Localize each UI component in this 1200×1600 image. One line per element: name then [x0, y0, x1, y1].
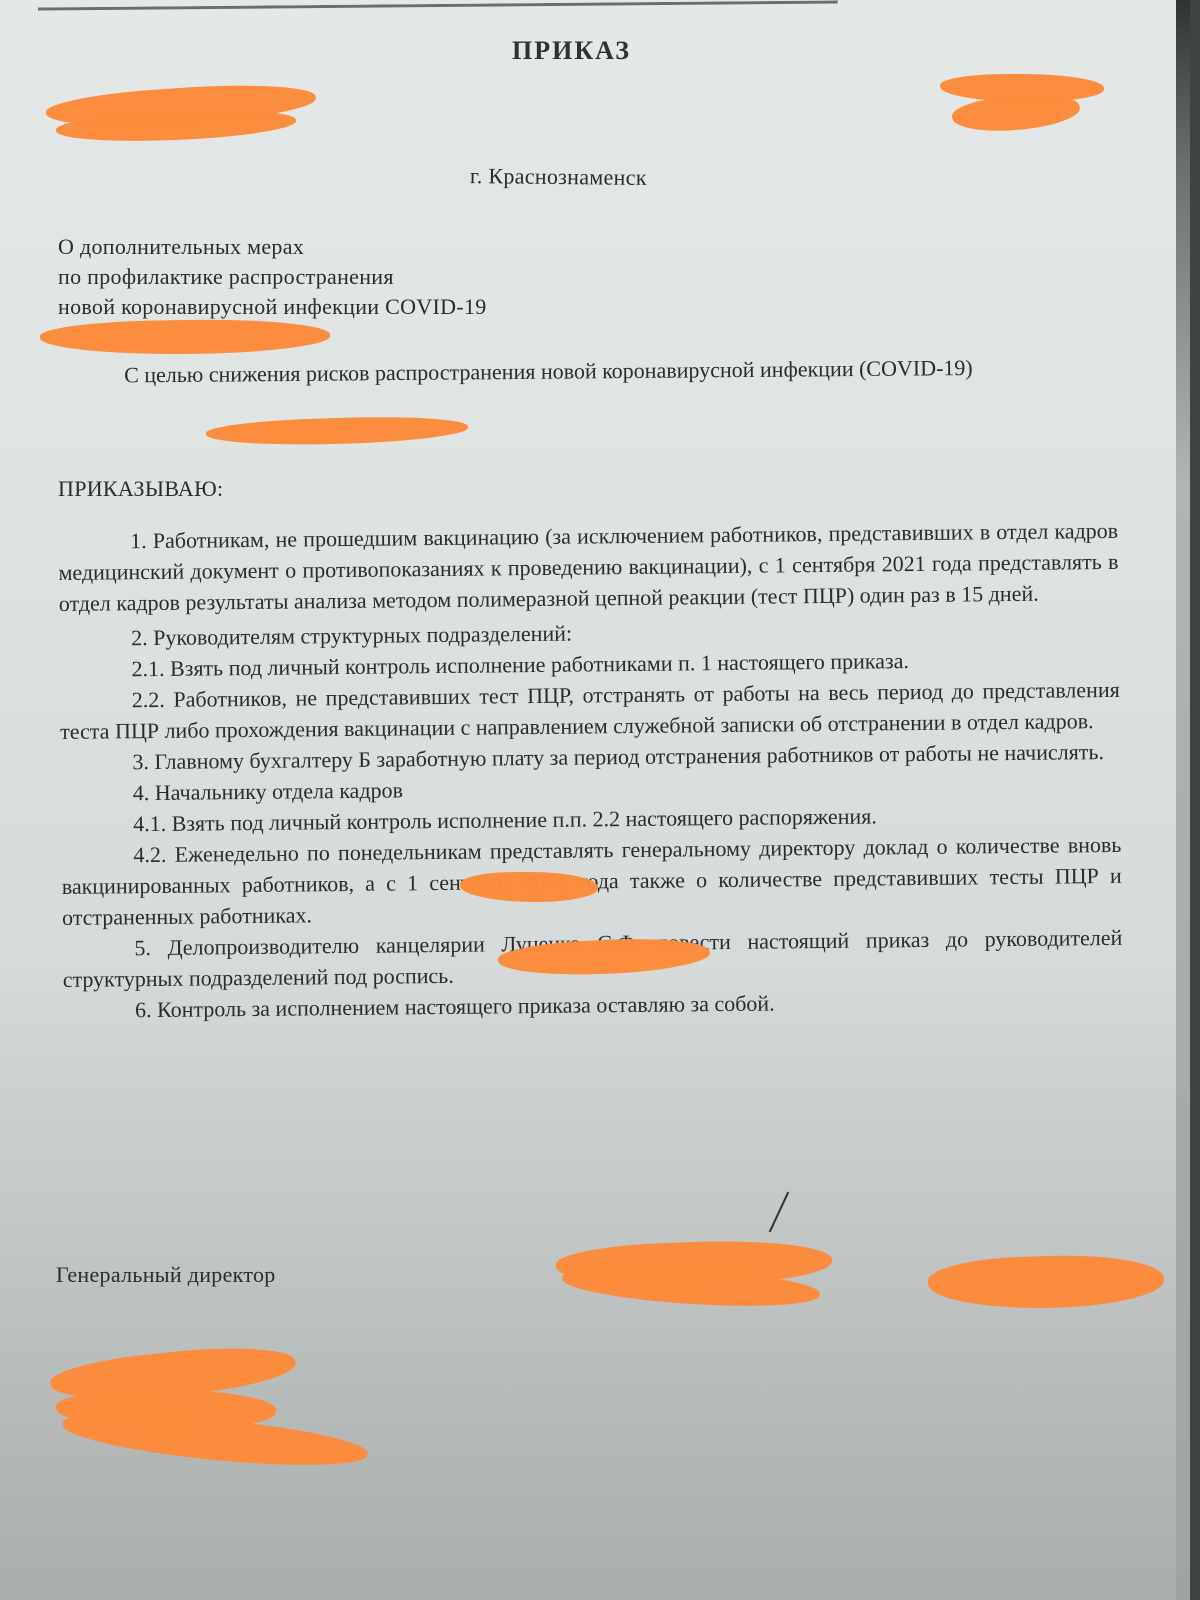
redaction-subject-org	[40, 317, 331, 356]
order-subject: О дополнительных мерах по профилактике р…	[58, 232, 487, 322]
subject-line: новой коронавирусной инфекции COVID-19	[58, 292, 487, 322]
order-item: 1. Работникам, не прошедшим вакцинацию (…	[58, 515, 1119, 619]
signature-title: Генеральный директор	[56, 1262, 276, 1288]
page-fold-edge	[38, 1, 838, 19]
order-item: 2.2. Работников, не представивших тест П…	[60, 674, 1121, 747]
redaction-org-name	[206, 413, 469, 448]
subject-line: по профилактике распространения	[58, 262, 487, 292]
decree-word: ПРИКАЗЫВАЮ:	[58, 476, 223, 502]
document-page: ПРИКАЗ г. Краснознаменск О дополнительны…	[0, 0, 1190, 1600]
intro-paragraph: С целью снижения рисков распространения …	[58, 351, 1118, 391]
signature-stroke	[769, 1192, 789, 1233]
city: г. Краснознаменск	[470, 163, 647, 191]
document-title: ПРИКАЗ	[512, 36, 631, 66]
subject-line: О дополнительных мерах	[58, 232, 487, 262]
page-edge-shadow	[1176, 0, 1190, 1600]
redaction-director-name	[927, 1252, 1165, 1312]
